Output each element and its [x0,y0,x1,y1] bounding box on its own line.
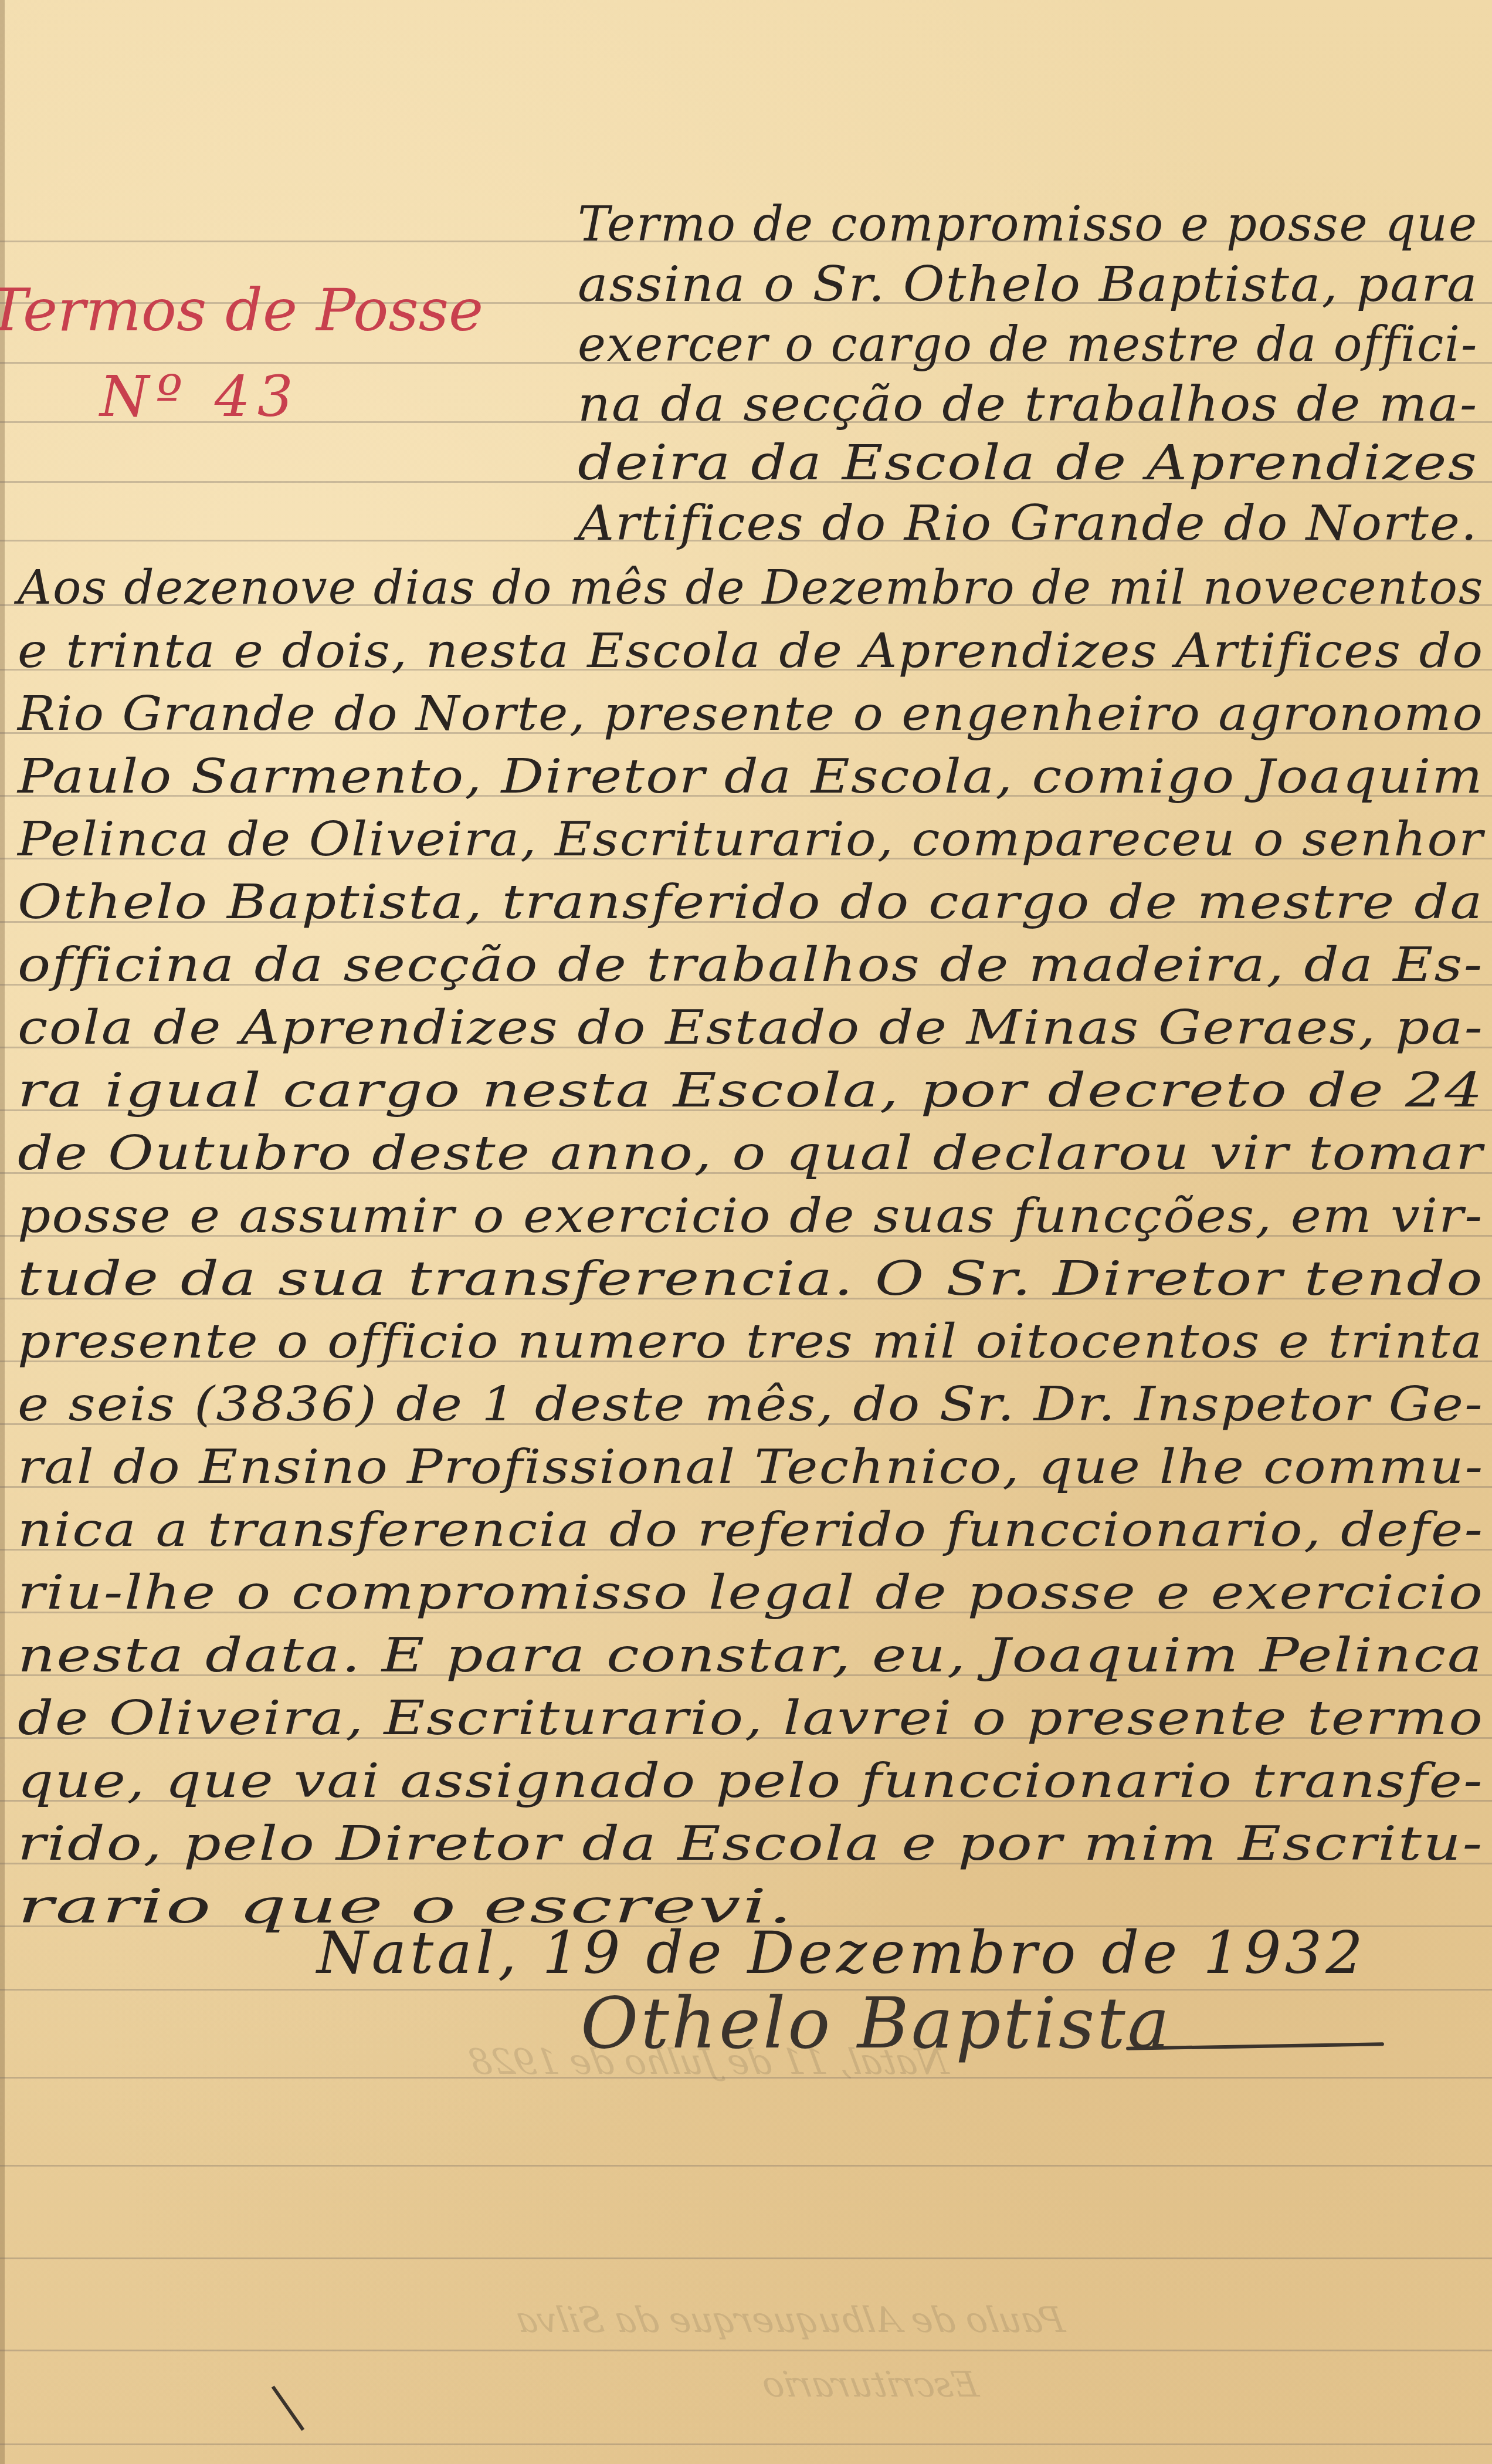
body-line: ra igual cargo nesta Escola, por decreto… [18,1063,1484,1118]
header-line: na da secção de trabalhos de ma- [578,377,1479,432]
place-date: Natal, 19 de Dezembro de 1932 [317,1918,1366,1987]
body-line: rido, pelo Diretor da Escola e por mim E… [18,1816,1484,1871]
body-line: ral do Ensino Profissional Technico, que… [18,1440,1484,1494]
body-line: Pelinca de Oliveira, Escriturario, compa… [18,812,1484,867]
body-line: nesta data. E para constar, eu, Joaquim … [18,1628,1484,1683]
ruled-line [0,2257,1492,2259]
body-line: Aos dezenove dias do mês de Dezembro de … [18,560,1484,615]
ruled-line [0,2165,1492,2167]
body-line: e trinta e dois, nesta Escola de Aprendi… [18,624,1484,678]
ruled-line [0,2350,1492,2351]
body-line: tude da sua transferencia. O Sr. Diretor… [18,1251,1484,1306]
margin-heading-title: Termos de Posse [0,276,483,344]
ledger-page: Natal, 11 de Julho de 1928 Paulo de Albu… [0,0,1492,2464]
body-line: riu-lhe o compromisso legal de posse e e… [18,1565,1484,1620]
ruled-line [0,2443,1492,2445]
body-line: e seis (3836) de 1 deste mês, do Sr. Dr.… [18,1377,1484,1431]
header-line: Termo de compromisso e posse que [578,197,1478,252]
body-line: cola de Aprendizes do Estado de Minas Ge… [18,1000,1484,1055]
header-line: Artifices do Rio Grande do Norte. [578,496,1478,551]
body-line: de Oliveira, Escriturario, lavrei o pres… [18,1691,1484,1745]
body-line: posse e assumir o exercicio de suas func… [18,1189,1484,1243]
body-line: Othelo Baptista, transferido do cargo de… [18,875,1484,929]
bleed-through-text: Escriturario [759,2364,982,2405]
signature: Othelo Baptista [581,1983,1172,2064]
header-line: assina o Sr. Othelo Baptista, para [578,257,1479,313]
margin-heading-number: Nº 43 [100,364,300,429]
body-line: Rio Grande do Norte, presente o engenhei… [18,686,1484,741]
body-line: nica a transferencia do referido funccio… [18,1502,1484,1557]
body-line: que, que vai assignado pelo funccionario… [18,1754,1484,1808]
page-edge-shadow [0,0,5,2464]
ink-mark [272,2385,305,2431]
body-line: de Outubro deste anno, o qual declarou v… [18,1126,1484,1180]
header-line: exercer o cargo de mestre da offici- [578,317,1478,373]
bleed-through-text: Paulo de Albuquerque da Silva [513,2300,1068,2341]
body-line: presente o officio numero tres mil oitoc… [18,1314,1484,1369]
body-line: Paulo Sarmento, Diretor da Escola, comig… [18,749,1484,804]
body-line: officina da secção de trabalhos de madei… [18,937,1484,992]
header-line: deira da Escola de Aprendizes [578,435,1478,491]
